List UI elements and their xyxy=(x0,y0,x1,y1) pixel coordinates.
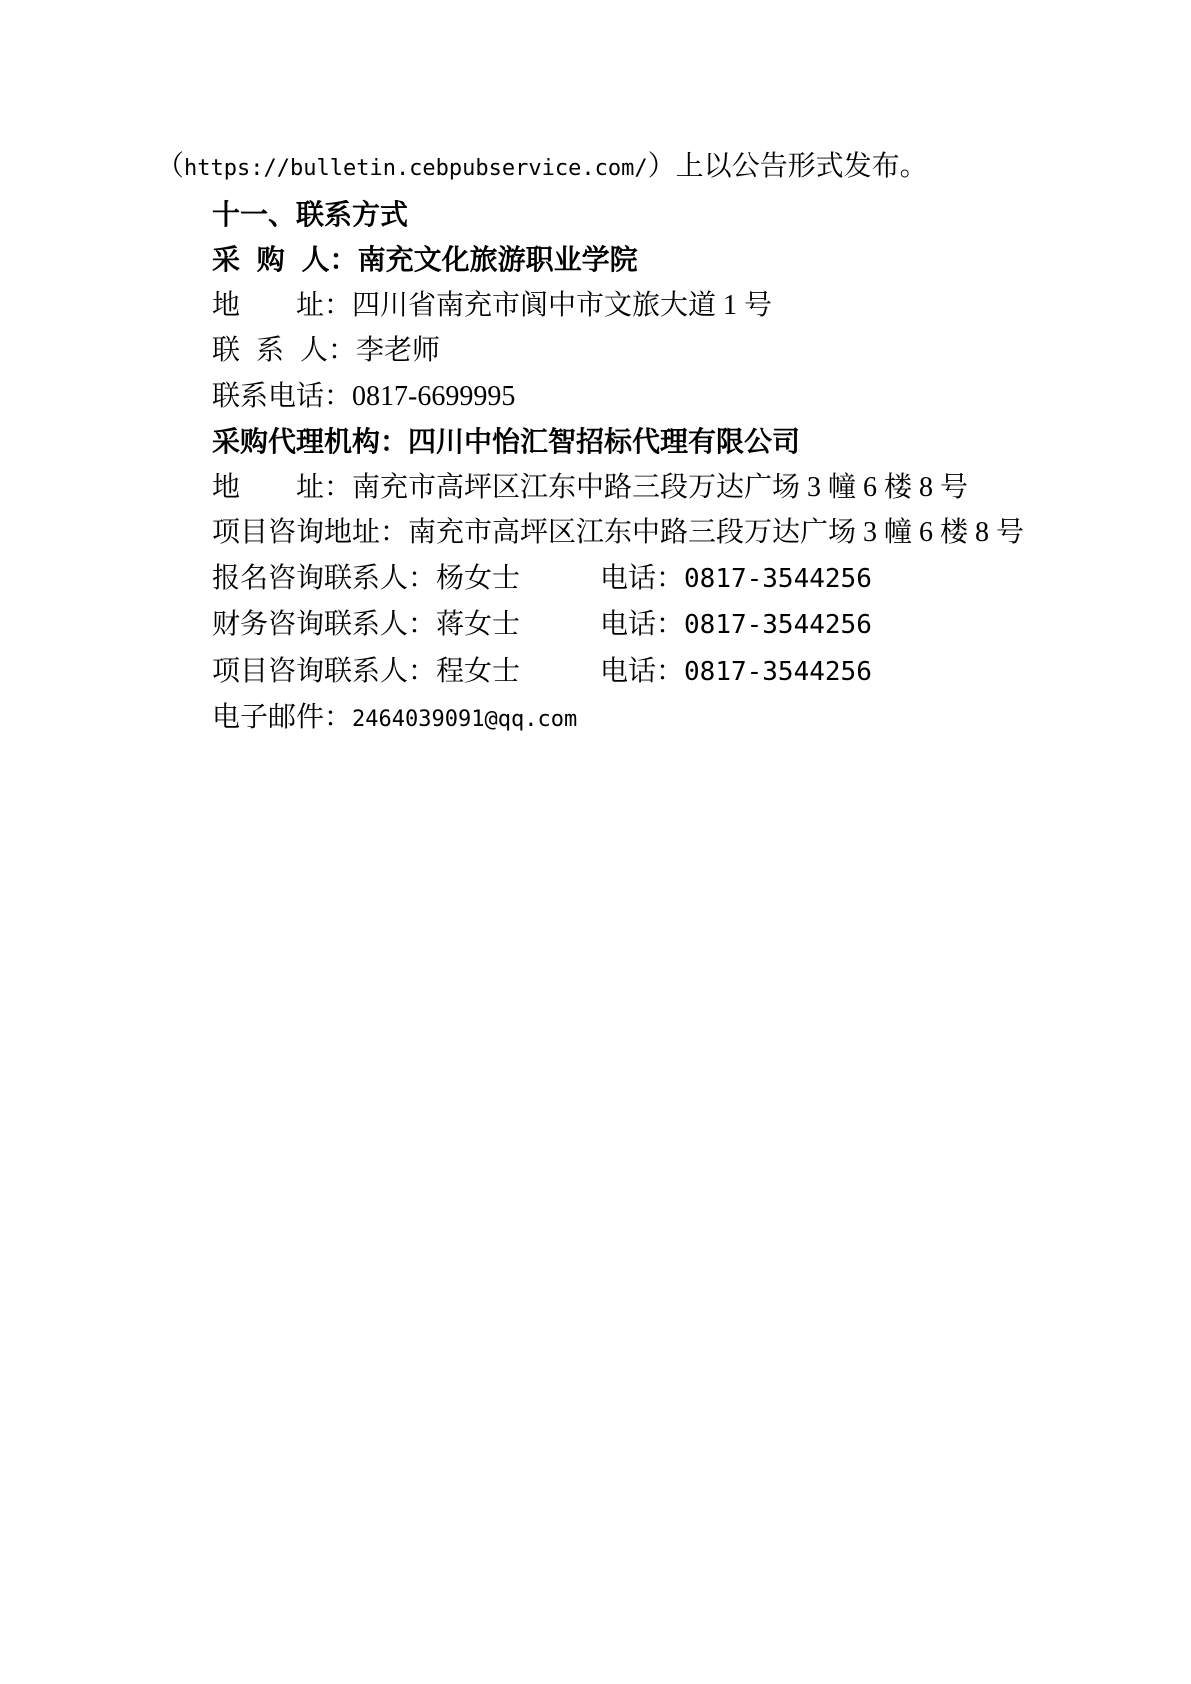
registration-contact-line: 报名咨询联系人：杨女士 电话：0817-3544256 xyxy=(212,556,1111,603)
registration-contact-name: 杨女士 xyxy=(436,563,520,594)
document-body: （https://bulletin.cebpubservice.com/）上以公… xyxy=(0,0,1191,743)
document-page: （https://bulletin.cebpubservice.com/）上以公… xyxy=(0,0,1191,1684)
purchaser-phone-label: 联系电话： xyxy=(212,381,352,412)
purchaser-address-label: 地 址： xyxy=(212,290,352,321)
agency-project-address-label: 项目咨询地址： xyxy=(212,517,408,548)
project-contact-line: 项目咨询联系人：程女士 电话：0817-3544256 xyxy=(212,649,1111,696)
agency-project-address-value: 南充市高坪区江东中路三段万达广场 3 幢 6 楼 8 号 xyxy=(408,517,1024,548)
registration-phone-label: 电话： xyxy=(600,563,684,594)
project-contact-name: 程女士 xyxy=(436,656,520,687)
agency-name-value: 四川中怡汇智招标代理有限公司 xyxy=(408,426,800,457)
project-contact-phone: 电话：0817-3544256 xyxy=(600,649,872,696)
finance-contact-name: 蒋女士 xyxy=(436,609,520,640)
publication-note-text: 上以公告形式发布。 xyxy=(676,151,928,182)
email-value: 2464039091@qq.com xyxy=(352,707,577,732)
agency-project-address-line: 项目咨询地址：南充市高坪区江东中路三段万达广场 3 幢 6 楼 8 号 xyxy=(212,510,1111,556)
purchaser-contact-label: 联 系 人： xyxy=(212,335,356,366)
purchaser-address-line: 地 址：四川省南充市阆中市文旅大道 1 号 xyxy=(212,283,1111,329)
agency-address-line: 地 址：南充市高坪区江东中路三段万达广场 3 幢 6 楼 8 号 xyxy=(212,465,1111,511)
email-label: 电子邮件： xyxy=(212,702,352,733)
agency-name-line: 采购代理机构：四川中怡汇智招标代理有限公司 xyxy=(212,419,1111,465)
publication-note-line: （https://bulletin.cebpubservice.com/）上以公… xyxy=(156,144,1111,192)
email-line: 电子邮件：2464039091@qq.com xyxy=(212,695,1111,743)
finance-contact-phone: 电话：0817-3544256 xyxy=(600,602,872,649)
finance-contact-label: 财务咨询联系人： xyxy=(212,609,436,640)
purchaser-address-value: 四川省南充市阆中市文旅大道 1 号 xyxy=(352,290,772,321)
finance-contact-left: 财务咨询联系人：蒋女士 xyxy=(212,602,600,648)
purchaser-phone-line: 联系电话：0817-6699995 xyxy=(212,374,1111,420)
bulletin-url: https://bulletin.cebpubservice.com/ xyxy=(184,156,648,181)
registration-contact-phone: 电话：0817-3544256 xyxy=(600,556,872,603)
agency-name-label: 采购代理机构： xyxy=(212,426,408,457)
purchaser-contact-line: 联 系 人：李老师 xyxy=(212,328,1111,374)
project-contact-left: 项目咨询联系人：程女士 xyxy=(212,649,600,695)
purchaser-name-value: 南充文化旅游职业学院 xyxy=(358,244,638,275)
agency-address-value: 南充市高坪区江东中路三段万达广场 3 幢 6 楼 8 号 xyxy=(352,472,968,503)
purchaser-name-line: 采 购 人：南充文化旅游职业学院 xyxy=(212,237,1111,283)
agency-address-label: 地 址： xyxy=(212,472,352,503)
registration-contact-label: 报名咨询联系人： xyxy=(212,563,436,594)
section-heading-contact-info: 十一、联系方式 xyxy=(212,192,1111,238)
purchaser-name-label: 采 购 人： xyxy=(212,244,358,275)
close-paren: ） xyxy=(648,151,676,182)
purchaser-contact-value: 李老师 xyxy=(356,335,440,366)
finance-phone-label: 电话： xyxy=(600,609,684,640)
registration-phone-value: 0817-3544256 xyxy=(684,564,872,594)
purchaser-phone-value: 0817-6699995 xyxy=(352,381,515,412)
project-contact-label: 项目咨询联系人： xyxy=(212,656,436,687)
finance-phone-value: 0817-3544256 xyxy=(684,610,872,640)
registration-contact-left: 报名咨询联系人：杨女士 xyxy=(212,556,600,602)
open-paren: （ xyxy=(156,151,184,182)
project-phone-label: 电话： xyxy=(600,656,684,687)
finance-contact-line: 财务咨询联系人：蒋女士 电话：0817-3544256 xyxy=(212,602,1111,649)
project-phone-value: 0817-3544256 xyxy=(684,657,872,687)
